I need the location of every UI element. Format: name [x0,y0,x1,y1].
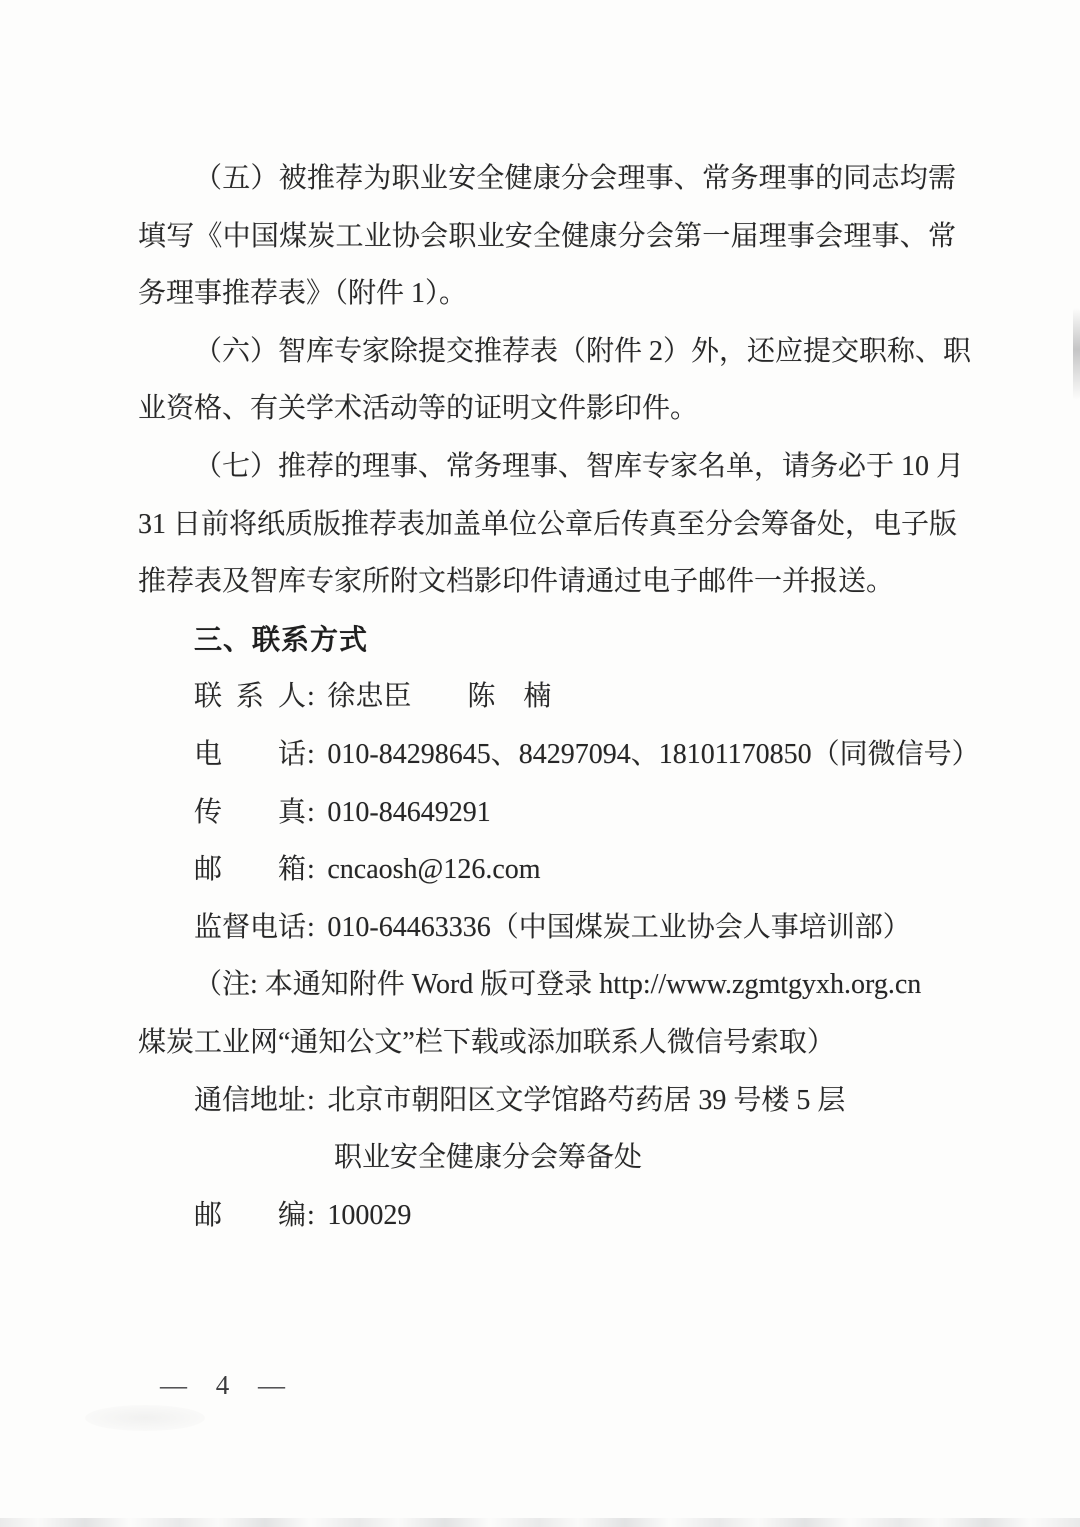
address-value-line2: 职业安全健康分会筹备处 [138,1129,956,1187]
contact-row-fax: 传真:010-84649291 [138,784,956,842]
paragraph-item-5: （五）被推荐为职业安全健康分会理事、常务理事的同志均需 填写《中国煤炭工业协会职… [138,150,956,323]
contact-label: 联系人 [194,668,306,726]
address-value: 北京市朝阳区文学馆路芍药居 39 号楼 5 层 [327,1085,845,1116]
page-number: — 4 — [160,1357,288,1414]
scan-artifact-right-edge [1073,308,1080,400]
label-colon: : [307,681,315,712]
contact-value: 010-84298645、84297094、18101170850（同微信号） [327,739,979,770]
paragraph-line: （五）被推荐为职业安全健康分会理事、常务理事的同志均需 [138,150,956,208]
contact-row-phone: 电话:010-84298645、84297094、18101170850（同微信… [138,726,956,784]
postcode-label: 邮编 [194,1187,306,1245]
paragraph-item-6: （六）智库专家除提交推荐表（附件 2）外，还应提交职称、职 业资格、有关学术活动… [138,323,956,438]
label-colon: : [307,797,315,828]
note-line: （注: 本通知附件 Word 版可登录 http://www.zgmtgyxh.… [138,956,956,1014]
contact-label: 邮箱 [194,841,306,899]
note-line: 煤炭工业网“通知公文”栏下载或添加联系人微信号索取） [138,1014,956,1072]
address-label: 通信地址 [194,1072,306,1130]
paragraph-line: 推荐表及智库专家所附文档影印件请通过电子邮件一并报送。 [138,553,956,611]
contact-label: 传真 [194,784,306,842]
paragraph-item-7: （七）推荐的理事、常务理事、智库专家名单，请务必于 10 月 31 日前将纸质版… [138,438,956,611]
contact-row-person: 联系人:徐忠臣 陈 楠 [138,668,956,726]
postcode-value: 100029 [327,1200,411,1231]
scan-artifact-smudge [85,1405,205,1431]
paragraph-line: 务理事推荐表》（附件 1）。 [138,265,956,323]
paragraph-line: 业资格、有关学术活动等的证明文件影印件。 [138,380,956,438]
label-colon: : [307,739,315,770]
contact-label: 监督电话 [194,899,306,957]
note-paragraph: （注: 本通知附件 Word 版可登录 http://www.zgmtgyxh.… [138,956,956,1071]
contact-row-email: 邮箱:cncaosh@126.com [138,841,956,899]
label-colon: : [307,1200,315,1231]
contact-value: 徐忠臣 陈 楠 [327,681,551,712]
label-colon: : [307,1085,315,1116]
label-colon: : [307,854,315,885]
paragraph-line: （六）智库专家除提交推荐表（附件 2）外，还应提交职称、职 [138,323,956,381]
paragraph-line: （七）推荐的理事、常务理事、智库专家名单，请务必于 10 月 [138,438,956,496]
section-heading: 三、联系方式 [138,611,956,669]
scan-artifact-bottom-edge [0,1518,1080,1527]
contact-value: cncaosh@126.com [327,854,540,885]
paragraph-line: 31 日前将纸质版推荐表加盖单位公章后传真至分会筹备处，电子版 [138,496,956,554]
contact-row-supervision-phone: 监督电话:010-64463336（中国煤炭工业协会人事培训部） [138,899,956,957]
label-colon: : [307,912,315,943]
postcode-row: 邮编:100029 [138,1187,956,1245]
contact-value: 010-64463336（中国煤炭工业协会人事培训部） [327,912,910,943]
address-row: 通信地址:北京市朝阳区文学馆路芍药居 39 号楼 5 层 [138,1072,956,1130]
contact-value: 010-84649291 [327,797,490,828]
paragraph-line: 填写《中国煤炭工业协会职业安全健康分会第一届理事会理事、常 [138,208,956,266]
scanned-document-page: （五）被推荐为职业安全健康分会理事、常务理事的同志均需 填写《中国煤炭工业协会职… [0,0,1080,1527]
contact-label: 电话 [194,726,306,784]
document-body: （五）被推荐为职业安全健康分会理事、常务理事的同志均需 填写《中国煤炭工业协会职… [138,150,956,1244]
